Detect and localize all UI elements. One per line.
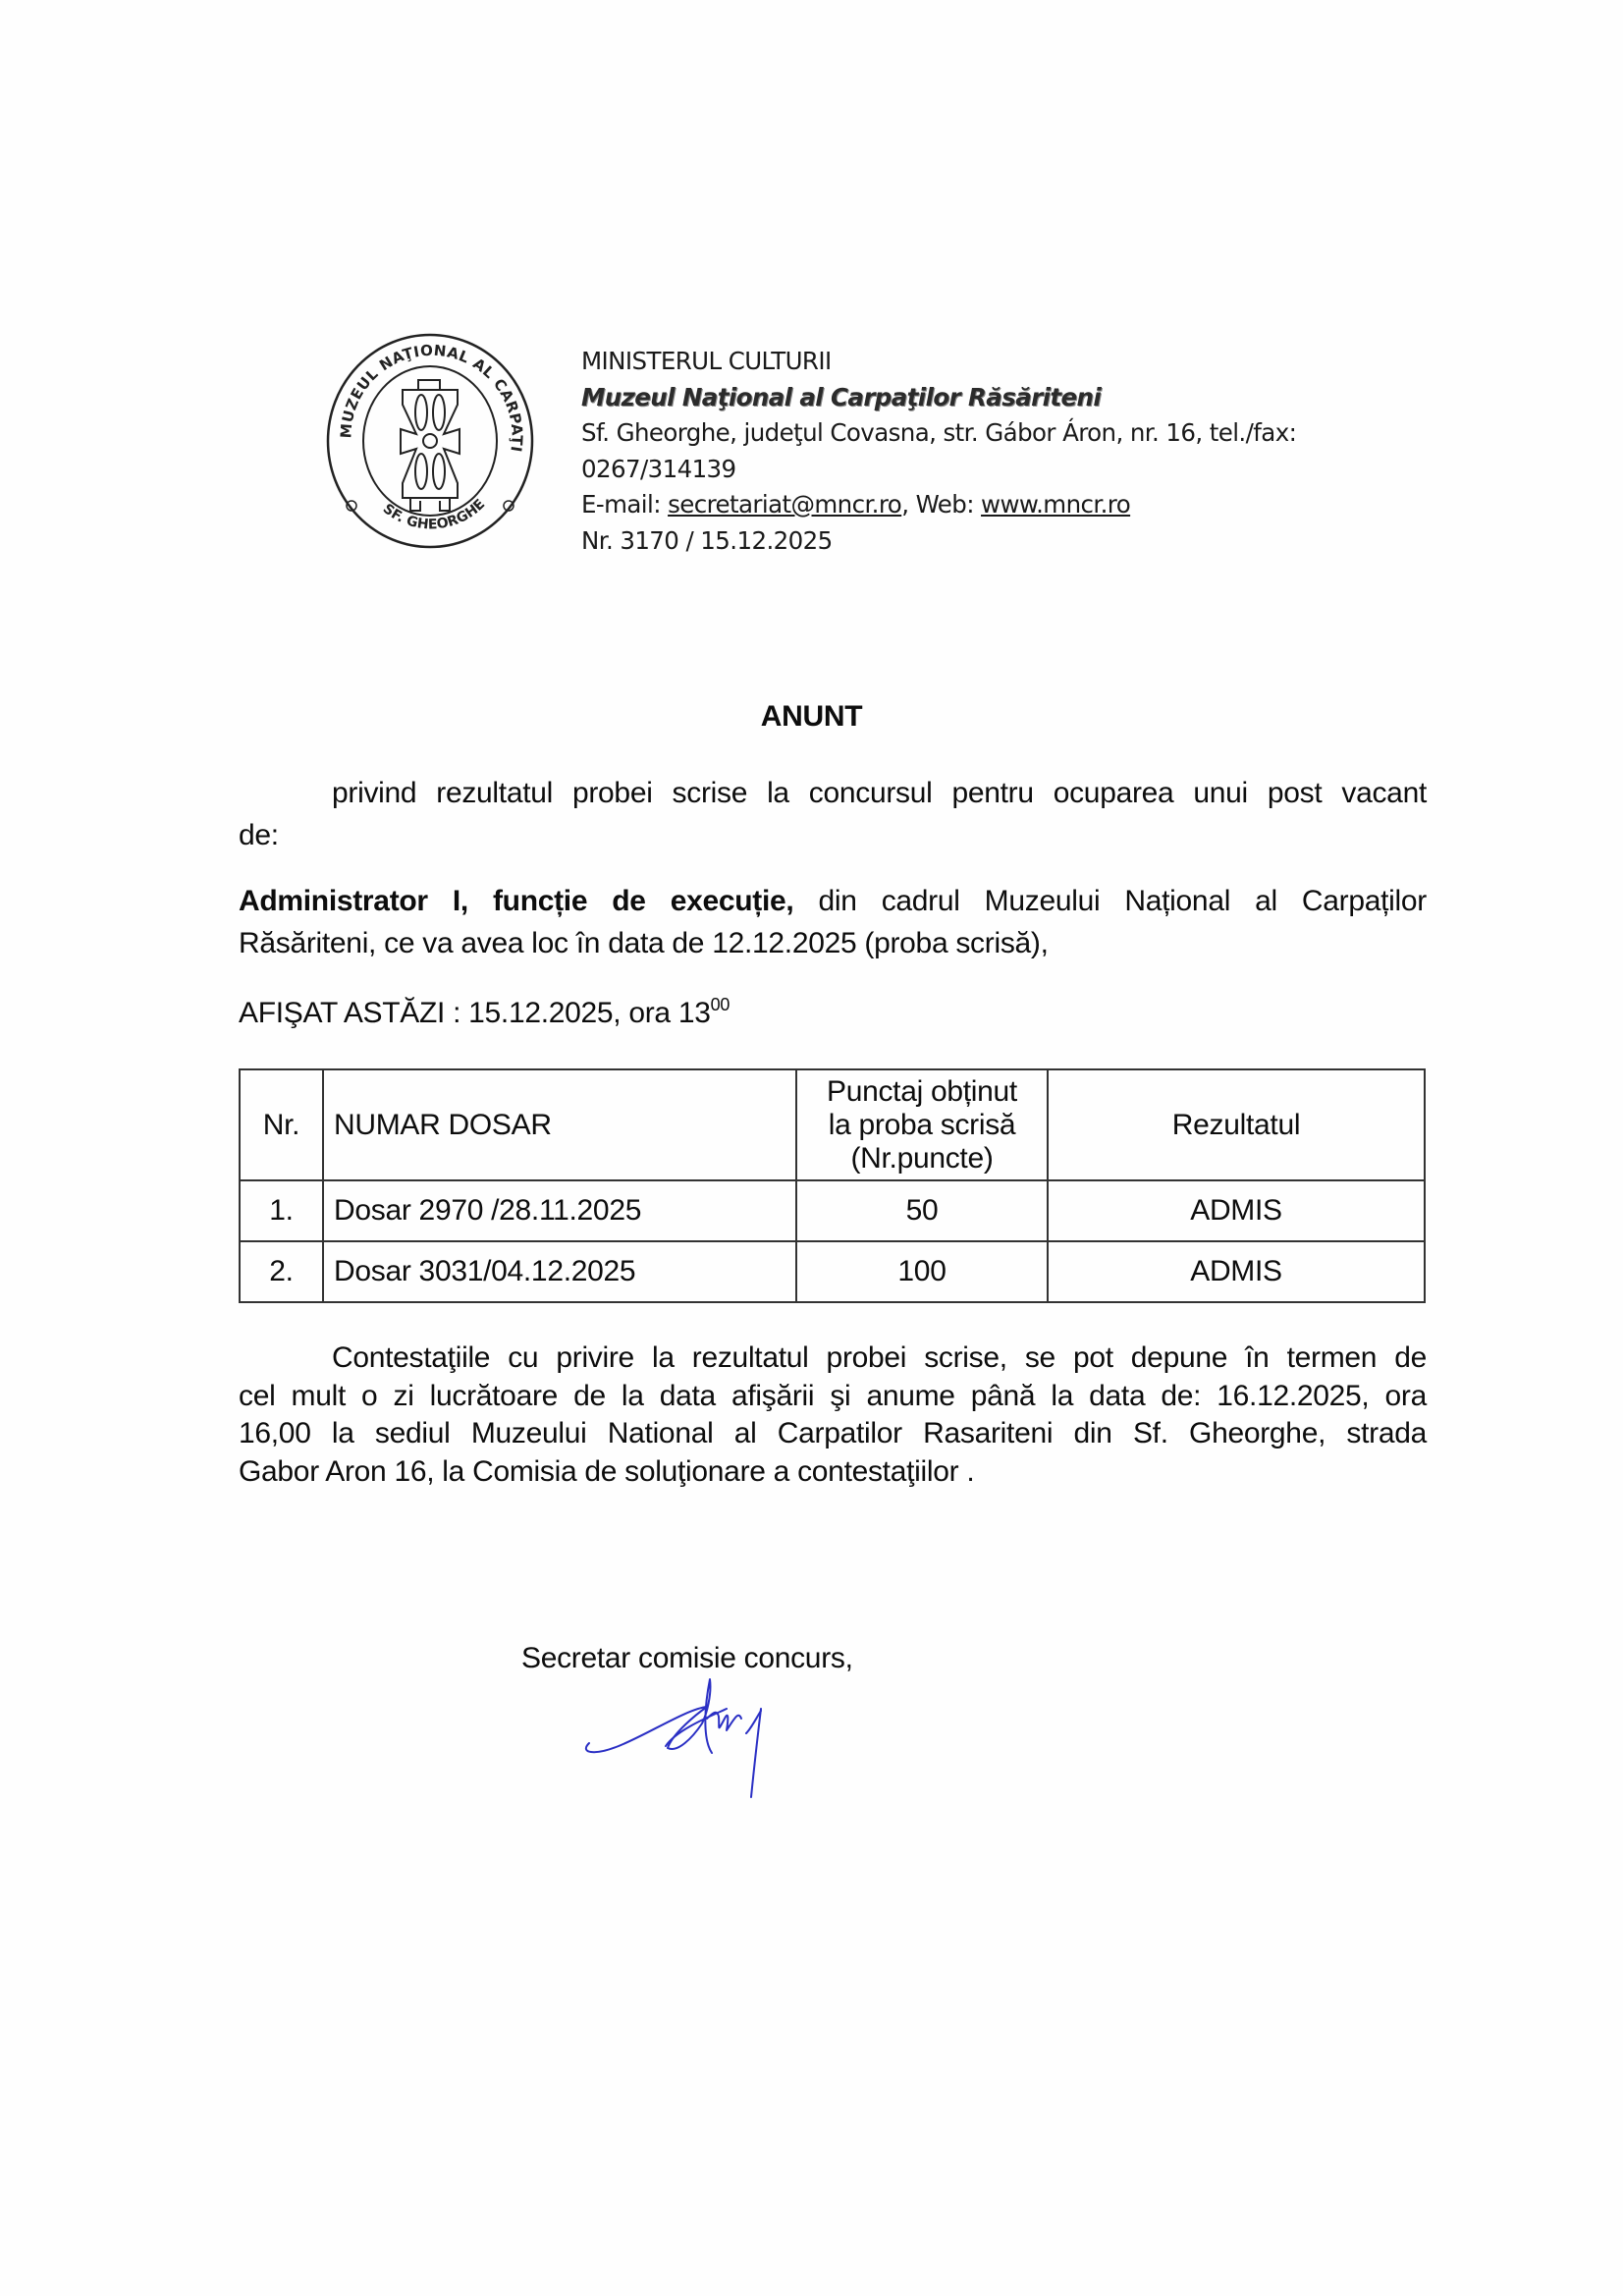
table-row: 2. Dosar 3031/04.12.2025 100 ADMIS <box>240 1241 1425 1302</box>
cell-score: 100 <box>796 1241 1048 1302</box>
appeals-paragraph: Contestaţiile cu privire la rezultatul p… <box>239 1339 1427 1491</box>
email-label: E-mail: <box>581 490 668 519</box>
handwritten-signature-icon <box>579 1660 795 1807</box>
intro-paragraph: privind rezultatul probei scrise la conc… <box>239 772 1427 856</box>
header-score-line-2: la proba scrisă <box>807 1109 1037 1142</box>
table-row: 1. Dosar 2970 /28.11.2025 50 ADMIS <box>240 1180 1425 1241</box>
cell-dosar: Dosar 2970 /28.11.2025 <box>323 1180 796 1241</box>
email-link[interactable]: secretariat@mncr.ro <box>668 490 901 519</box>
museum-address: Sf. Gheorghe, judeţul Covasna, str. Gábo… <box>581 415 1296 452</box>
cell-result: ADMIS <box>1048 1241 1425 1302</box>
position-line-1-rest: din cadrul Muzeului Național al Carpațil… <box>793 885 1427 917</box>
cell-score: 50 <box>796 1180 1048 1241</box>
ministry-name: MINISTERUL CULTURII <box>581 344 1296 380</box>
museum-name: Muzeul Naţional al Carpaţilor Răsăriteni <box>581 380 1296 416</box>
intro-line-1: privind rezultatul probei scrise la conc… <box>239 772 1427 814</box>
results-table: Nr. NUMAR DOSAR Punctaj obținut la proba… <box>239 1068 1426 1303</box>
museum-seal-logo-icon: MUZEUL NAŢIONAL AL CARPAŢILOR RĂSĂRITENI… <box>322 326 538 552</box>
header-dosar: NUMAR DOSAR <box>323 1069 796 1180</box>
appeals-line-1: Contestaţiile cu privire la rezultatul p… <box>332 1341 1427 1374</box>
letterhead: MINISTERUL CULTURII Muzeul Naţional al C… <box>581 344 1296 559</box>
posted-date: AFIŞAT ASTĂZI : 15.12.2025, ora 1300 <box>239 992 730 1034</box>
header-result: Rezultatul <box>1048 1069 1425 1180</box>
header-score-line-3: (Nr.puncte) <box>807 1142 1037 1175</box>
appeals-line-1-wrap: Contestaţiile cu privire la rezultatul p… <box>239 1339 1427 1378</box>
table-header-row: Nr. NUMAR DOSAR Punctaj obținut la proba… <box>240 1069 1425 1180</box>
appeals-line-3: 16,00 la sediul Muzeului National al Car… <box>239 1415 1427 1453</box>
position-line-1: Administrator I, funcție de execuție, di… <box>239 880 1427 922</box>
museum-phone: 0267/314139 <box>581 452 1296 488</box>
cell-dosar: Dosar 3031/04.12.2025 <box>323 1241 796 1302</box>
header-score: Punctaj obținut la proba scrisă (Nr.punc… <box>796 1069 1048 1180</box>
cell-nr: 1. <box>240 1180 323 1241</box>
intro-line-2: de: <box>239 814 1427 856</box>
cell-result: ADMIS <box>1048 1180 1425 1241</box>
contact-line: E-mail: secretariat@mncr.ro, Web: www.mn… <box>581 487 1296 523</box>
position-title: Administrator I, funcție de execuție, <box>239 885 793 917</box>
header-score-line-1: Punctaj obținut <box>807 1075 1037 1109</box>
appeals-line-4: Gabor Aron 16, la Comisia de soluţionare… <box>239 1453 1427 1492</box>
posted-label: AFIŞAT ASTĂZI : 15.12.2025, ora 13 <box>239 997 711 1029</box>
document-page: MUZEUL NAŢIONAL AL CARPAŢILOR RĂSĂRITENI… <box>0 0 1623 2296</box>
cell-nr: 2. <box>240 1241 323 1302</box>
registration-number: Nr. 3170 / 15.12.2025 <box>581 523 1296 560</box>
position-line-2: Răsăriteni, ce va avea loc în data de 12… <box>239 922 1427 964</box>
document-title: ANUNT <box>0 700 1623 734</box>
posted-minutes: 00 <box>711 995 730 1014</box>
web-link[interactable]: www.mncr.ro <box>981 490 1130 519</box>
position-paragraph: Administrator I, funcție de execuție, di… <box>239 880 1427 964</box>
web-label: , Web: <box>901 490 981 519</box>
appeals-line-2: cel mult o zi lucrătoare de la data afiş… <box>239 1378 1427 1416</box>
header-nr: Nr. <box>240 1069 323 1180</box>
